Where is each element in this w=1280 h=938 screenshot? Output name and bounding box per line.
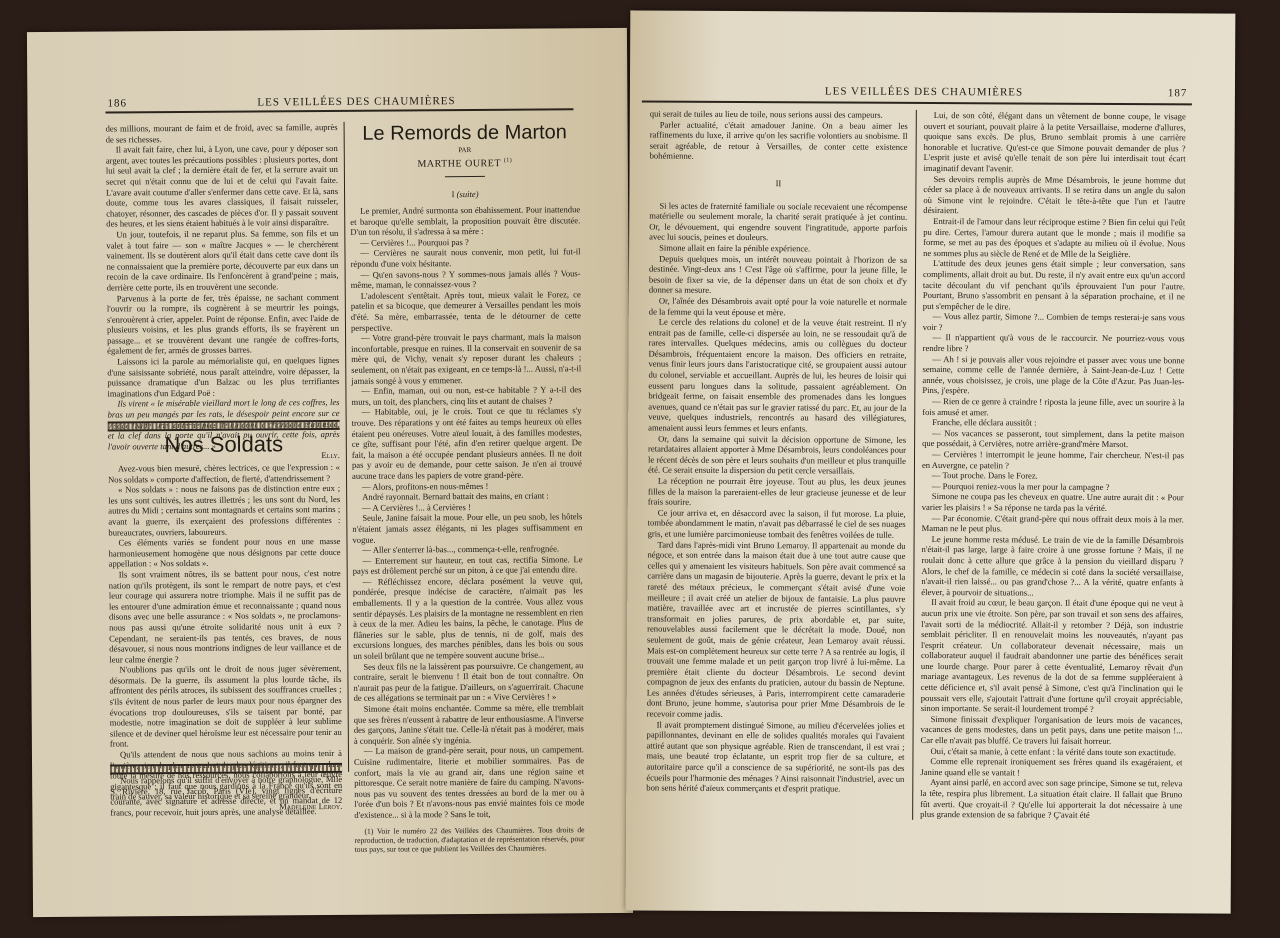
paragraph: Nous rappelons qu'il suffit d'envoyer à … bbox=[110, 774, 342, 818]
paragraph: — Nos vacances se passeront, tout simple… bbox=[922, 428, 1184, 451]
paragraph: Le premier, André surmonta son ébahissem… bbox=[350, 204, 580, 237]
paragraph: qui serait de tuiles au lieu de toile, n… bbox=[650, 109, 908, 121]
right-page: LES VEILLÉES DES CHAUMIÈRES 187 qui sera… bbox=[626, 10, 1236, 913]
paragraph: Simone ne coupa pas les cheveux en quatr… bbox=[922, 491, 1184, 514]
paragraph: — Qu'en savons-nous ? Y sommes-nous jama… bbox=[351, 268, 581, 291]
paragraph: Seule, Janine faisait la moue. Pour elle… bbox=[352, 512, 582, 545]
paragraph: Ayant ainsi parlé, en accord avec son sa… bbox=[920, 777, 1182, 821]
left-column-1: des millions, mourant de faim et de froi… bbox=[106, 122, 340, 463]
story-column: Le Remords de Marton PAR MARTHE OURET (1… bbox=[350, 120, 585, 853]
paragraph: Il avait fait faire, chez lui, à Lyon, u… bbox=[106, 143, 339, 229]
paragraph: — La maison de grand-père serait, pour n… bbox=[354, 745, 585, 821]
chapter-number: I bbox=[452, 189, 455, 199]
paragraph: Entrait-il de l'amour dans leur réciproq… bbox=[923, 216, 1185, 260]
paragraph: Ils sont vraiment nôtres, ils se battent… bbox=[109, 568, 342, 665]
paragraph: Comme elle reprenait ironiquement ses fr… bbox=[920, 756, 1182, 779]
column-rule bbox=[912, 110, 917, 820]
paragraph: Depuis quelques mois, un intérêt nouveau… bbox=[649, 253, 907, 297]
paragraph: — Enterrement sur hauteur, en tout cas, … bbox=[353, 554, 583, 577]
running-head-left: LES VEILLÉES DES CHAUMIÈRES bbox=[257, 95, 455, 108]
paragraph: — Vous allez partir, Simone ?... Combien… bbox=[923, 311, 1185, 334]
paragraph: N'oublions pas qu'ils ont le droit de no… bbox=[109, 663, 342, 749]
paragraph: Il avait promptement distingué Simone, a… bbox=[646, 719, 904, 795]
paragraph: Le jeune homme resta médusé. Le train de… bbox=[921, 534, 1183, 599]
paragraph: Parler actualité, c'était amadouer Janin… bbox=[650, 119, 908, 163]
footnote: (1) Voir le numéro 22 des Veillées des C… bbox=[354, 825, 584, 854]
paragraph: Or, l'aînée des Désambrois avait opté po… bbox=[649, 295, 907, 318]
page-number-right: 187 bbox=[1168, 87, 1188, 99]
paragraph: Un jour, toutefois, il ne reparut plus. … bbox=[106, 228, 338, 293]
paragraph: — Il n'appartient qu'à vous de le raccou… bbox=[923, 332, 1185, 355]
paragraph: Avez-vous bien mesuré, chères lectrices,… bbox=[108, 462, 340, 485]
title-rule bbox=[445, 175, 485, 176]
running-head-right: LES VEILLÉES DES CHAUMIÈRES bbox=[825, 85, 1023, 98]
left-page: 186 LES VEILLÉES DES CHAUMIÈRES des mill… bbox=[27, 28, 633, 917]
paragraph: — Enfin, maman, oui ou non, est-ce habit… bbox=[351, 384, 581, 407]
chapter-number: II bbox=[649, 177, 907, 189]
paragraph: — Votre grand-père trouvait le pays char… bbox=[351, 331, 581, 386]
paragraph: L'adolescent s'entêtait. Après tout, mie… bbox=[351, 289, 581, 333]
paragraph: — Par économie. C'était grand-père qui n… bbox=[922, 513, 1184, 536]
paragraph: Simone était moins enchantée. Comme sa m… bbox=[354, 702, 584, 746]
paragraph: André rayonnait. Bernard battait des mai… bbox=[352, 490, 582, 502]
paragraph: Simone allait en faire la pénible expéri… bbox=[649, 242, 907, 254]
paragraph: — Cervières ne saurait nous convenir, mo… bbox=[350, 247, 580, 270]
paragraph: « Nos soldats » : nous ne faisons pas de… bbox=[108, 483, 340, 538]
paragraph: Parvenus à la porte de fer, très épaisse… bbox=[107, 291, 339, 356]
paragraph: Tard dans l'après-midi vint Bruno Lemaro… bbox=[647, 539, 906, 720]
paragraph: Le cercle des relations du colonel et de… bbox=[648, 317, 907, 435]
paragraph: Or, dans la semaine qui suivit la décisi… bbox=[648, 433, 906, 477]
paragraph: Simone finissait d'expliquer l'organisat… bbox=[921, 714, 1183, 747]
section-divider bbox=[110, 763, 342, 775]
paragraph: Lui, de son côté, élégant dans un vêteme… bbox=[924, 110, 1186, 175]
paragraph: La réception ne pourrait être joyeuse. T… bbox=[648, 476, 906, 509]
paragraph: — Cervières ! interrompit le jeune homme… bbox=[922, 449, 1184, 472]
paragraph: Il avait froid au cœur, le beau garçon. … bbox=[921, 597, 1184, 715]
paragraph: — Habitable, oui, je le crois. Tout ce q… bbox=[352, 406, 583, 482]
header-rule-left bbox=[105, 108, 573, 113]
paragraph: — Rien de ce genre à craindre ! riposta … bbox=[922, 396, 1184, 419]
paragraph: Ses devoirs remplis auprès de Mme Désamb… bbox=[923, 174, 1185, 218]
nos-soldats-article: Nos Soldats Avez-vous bien mesuré, chère… bbox=[108, 430, 343, 813]
right-column-1: qui serait de tuiles au lieu de toile, n… bbox=[646, 109, 908, 795]
paragraph: — Réfléchissez encore, déclara posément … bbox=[353, 575, 584, 661]
paragraph: Si les actes de fraternité familiale ou … bbox=[649, 200, 907, 244]
chapter-note: (suite) bbox=[457, 188, 479, 198]
paragraph: Ces éléments variés se fondent pour nous… bbox=[108, 536, 340, 569]
graphology-notice: Nous rappelons qu'il suffit d'envoyer à … bbox=[110, 774, 342, 818]
article-title: Nos Soldats bbox=[108, 430, 340, 460]
paragraph: — Ah ! si je pouvais aller vous rejoindr… bbox=[922, 354, 1184, 398]
story-author: MARTHE OURET bbox=[417, 158, 500, 170]
header-rule-right bbox=[642, 100, 1192, 105]
right-column-2: Lui, de son côté, élégant dans un vêteme… bbox=[920, 110, 1186, 821]
story-title: Le Remords de Marton bbox=[350, 120, 580, 146]
column-rule bbox=[344, 122, 350, 772]
paragraph: Ses deux fils ne la laissèrent pas pours… bbox=[353, 660, 583, 704]
page-number-left: 186 bbox=[107, 97, 127, 109]
paragraph: Ce jour arriva et, en désaccord avec la … bbox=[648, 507, 906, 540]
paragraph: Laissons ici la parole au mémorialiste q… bbox=[107, 355, 339, 399]
paragraph: des millions, mourant de faim et de froi… bbox=[106, 122, 338, 145]
paragraph: L'attitude des deux jeunes gens était si… bbox=[923, 258, 1185, 312]
author-footnote-ref: (1) bbox=[504, 157, 513, 163]
